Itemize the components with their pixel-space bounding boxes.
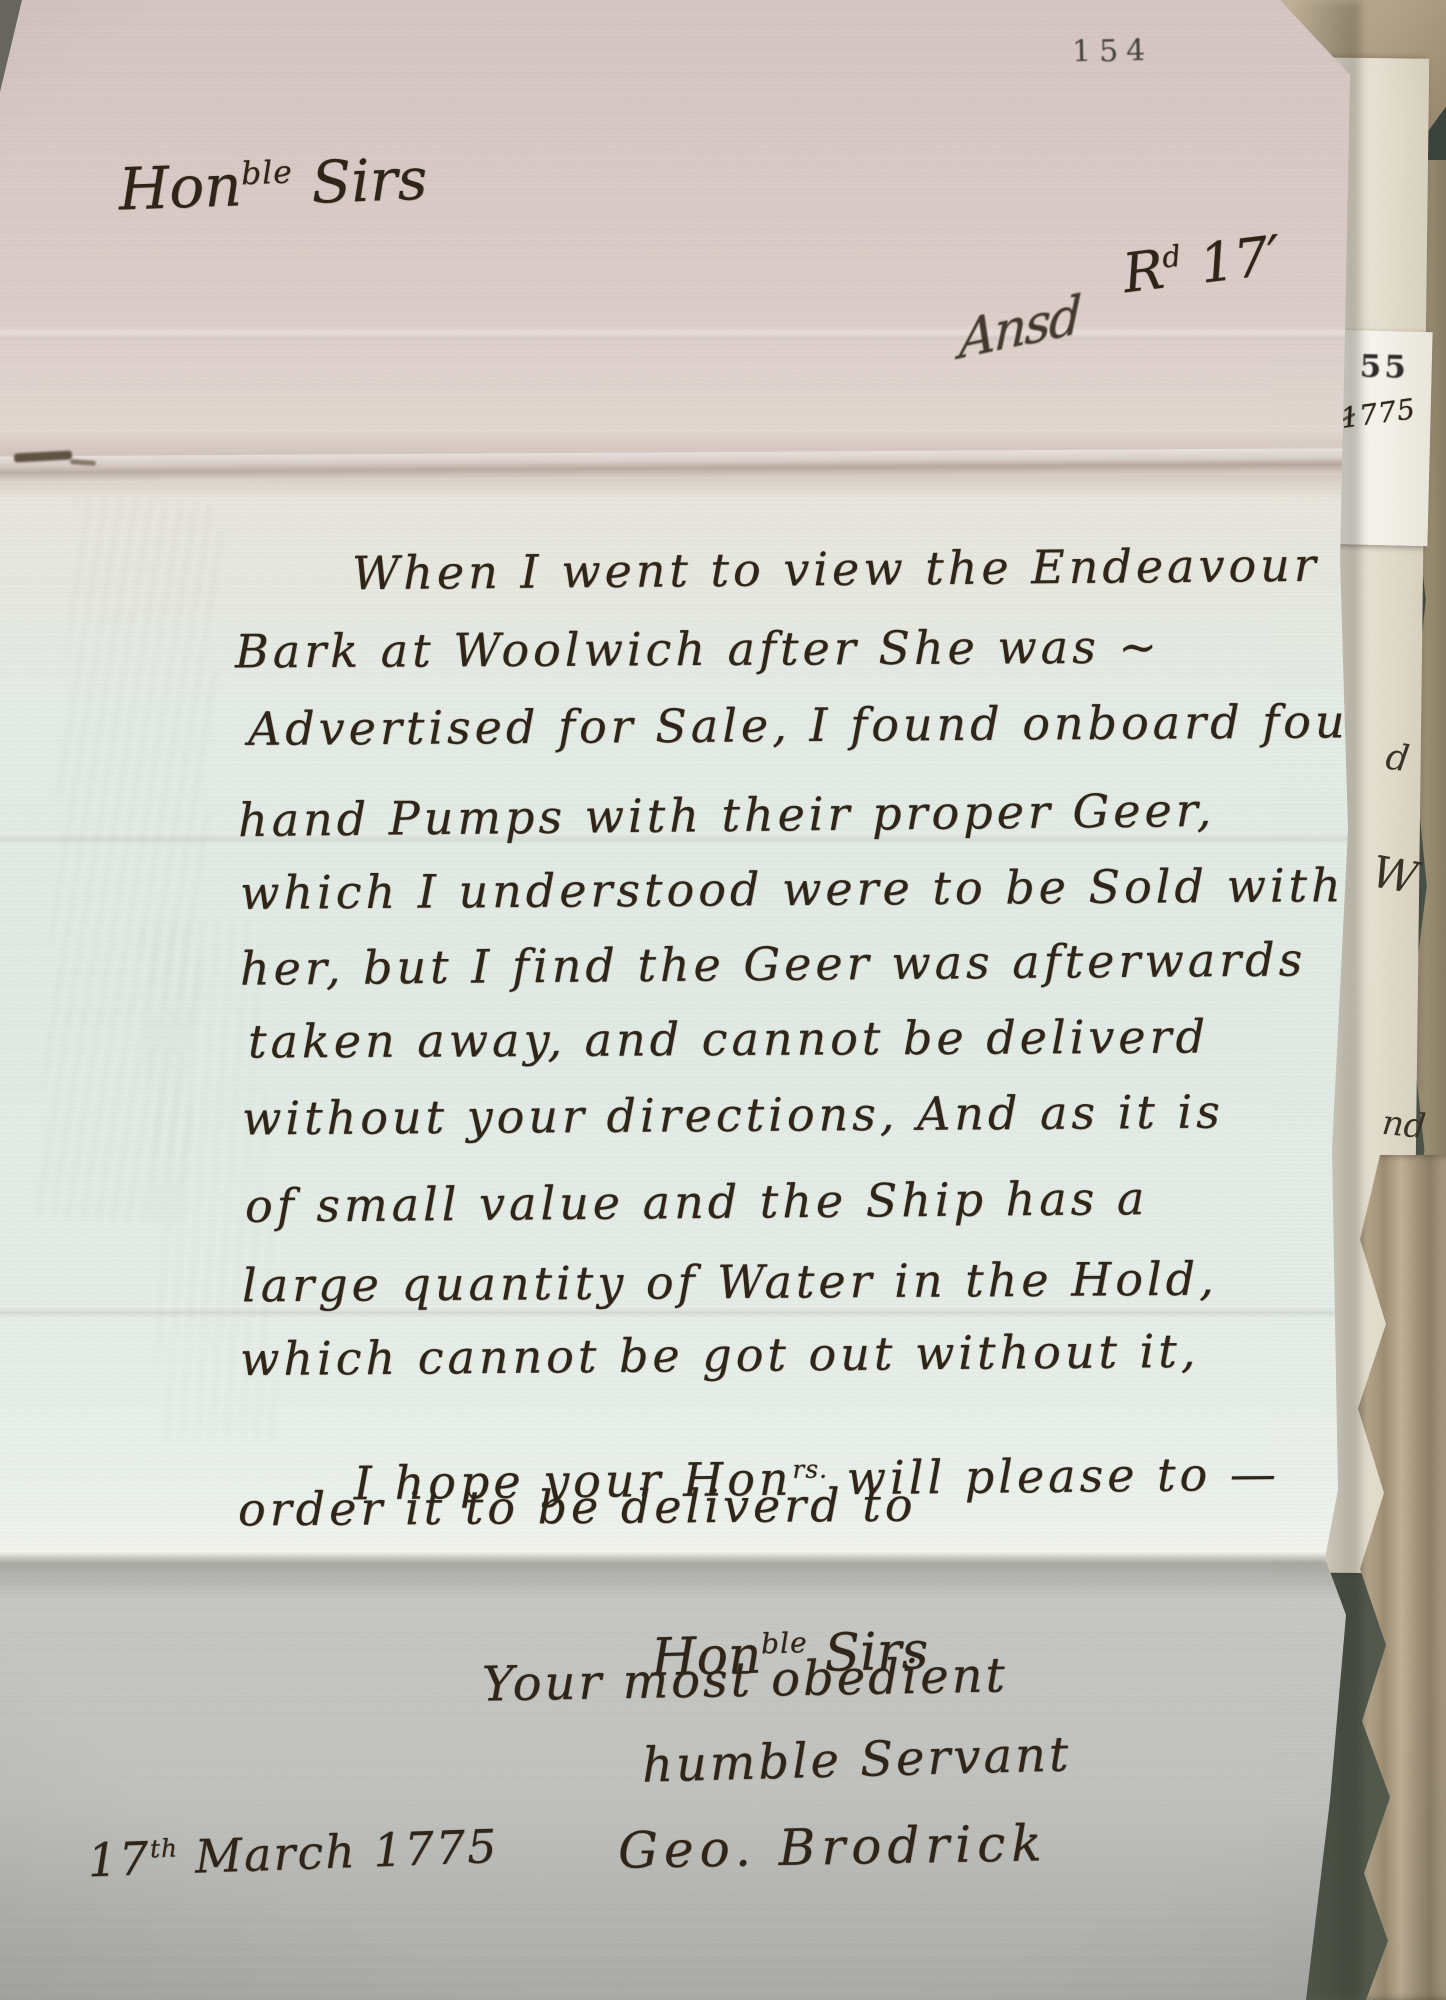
handwritten-line: large quantity of Water in the Hold, [242, 1252, 1218, 1313]
ink-bleedthrough-smudge [36, 497, 223, 1224]
letter-sheet: Honble Sirs 154 Rd 17′ Ansd When I went … [0, 0, 1446, 2000]
handwritten-line: Bark at Woolwich after She was ~ [235, 620, 1161, 679]
handwritten-line: hand Pumps with their proper Geer, [238, 783, 1216, 847]
date-text: 17 [87, 1831, 151, 1887]
fold-crease [0, 448, 1446, 483]
folio-number-stamp: 154 [1072, 33, 1154, 69]
edge-ink-fragment: nd [1380, 1103, 1428, 1147]
handwritten-line: which I understood were to be Sold with [240, 858, 1345, 920]
docket-text: 17′ [1179, 223, 1284, 297]
handwritten-line: taken away, and cannot be deliverd [248, 1009, 1209, 1068]
edge-ink-fragment: W [1368, 846, 1421, 904]
date-text: March 1775 [177, 1819, 499, 1884]
archive-photograph: d W nd 55 1775 Honble Sirs 154 Rd 17′ An… [0, 0, 1446, 2000]
salutation-superscript: ble [240, 155, 293, 193]
signature: Geo. Brodrick [618, 1814, 1048, 1879]
handwritten-line: her, but I find the Geer was afterwards [240, 932, 1307, 995]
photo-corner-shadow [0, 0, 22, 92]
handwritten-line: of small value and the Ship has a [245, 1171, 1149, 1233]
closing-line: humble Servant [641, 1726, 1072, 1793]
handwritten-line: which cannot be got out without it, [240, 1324, 1200, 1386]
date-superscript: th [150, 1833, 179, 1863]
letter-date: 17th March 1775 [0, 1765, 501, 1945]
handwritten-line: without your directions, And as it is [242, 1085, 1224, 1146]
salutation-text: Sirs [292, 145, 429, 218]
salutation-text: Hon [117, 151, 242, 223]
closing-line: Your most obedient [482, 1647, 1009, 1712]
salutation-top: Honble Sirs [5, 77, 431, 296]
handwritten-line: order it to be deliverd to [238, 1478, 917, 1537]
handwritten-line: When I went to view the Endeavour [352, 538, 1320, 600]
paper-tear [14, 450, 72, 462]
paper-tear [70, 459, 96, 466]
slip-number: 55 [1359, 348, 1409, 385]
handwritten-line: Advertised for Sale, I found onboard fou… [248, 694, 1375, 756]
